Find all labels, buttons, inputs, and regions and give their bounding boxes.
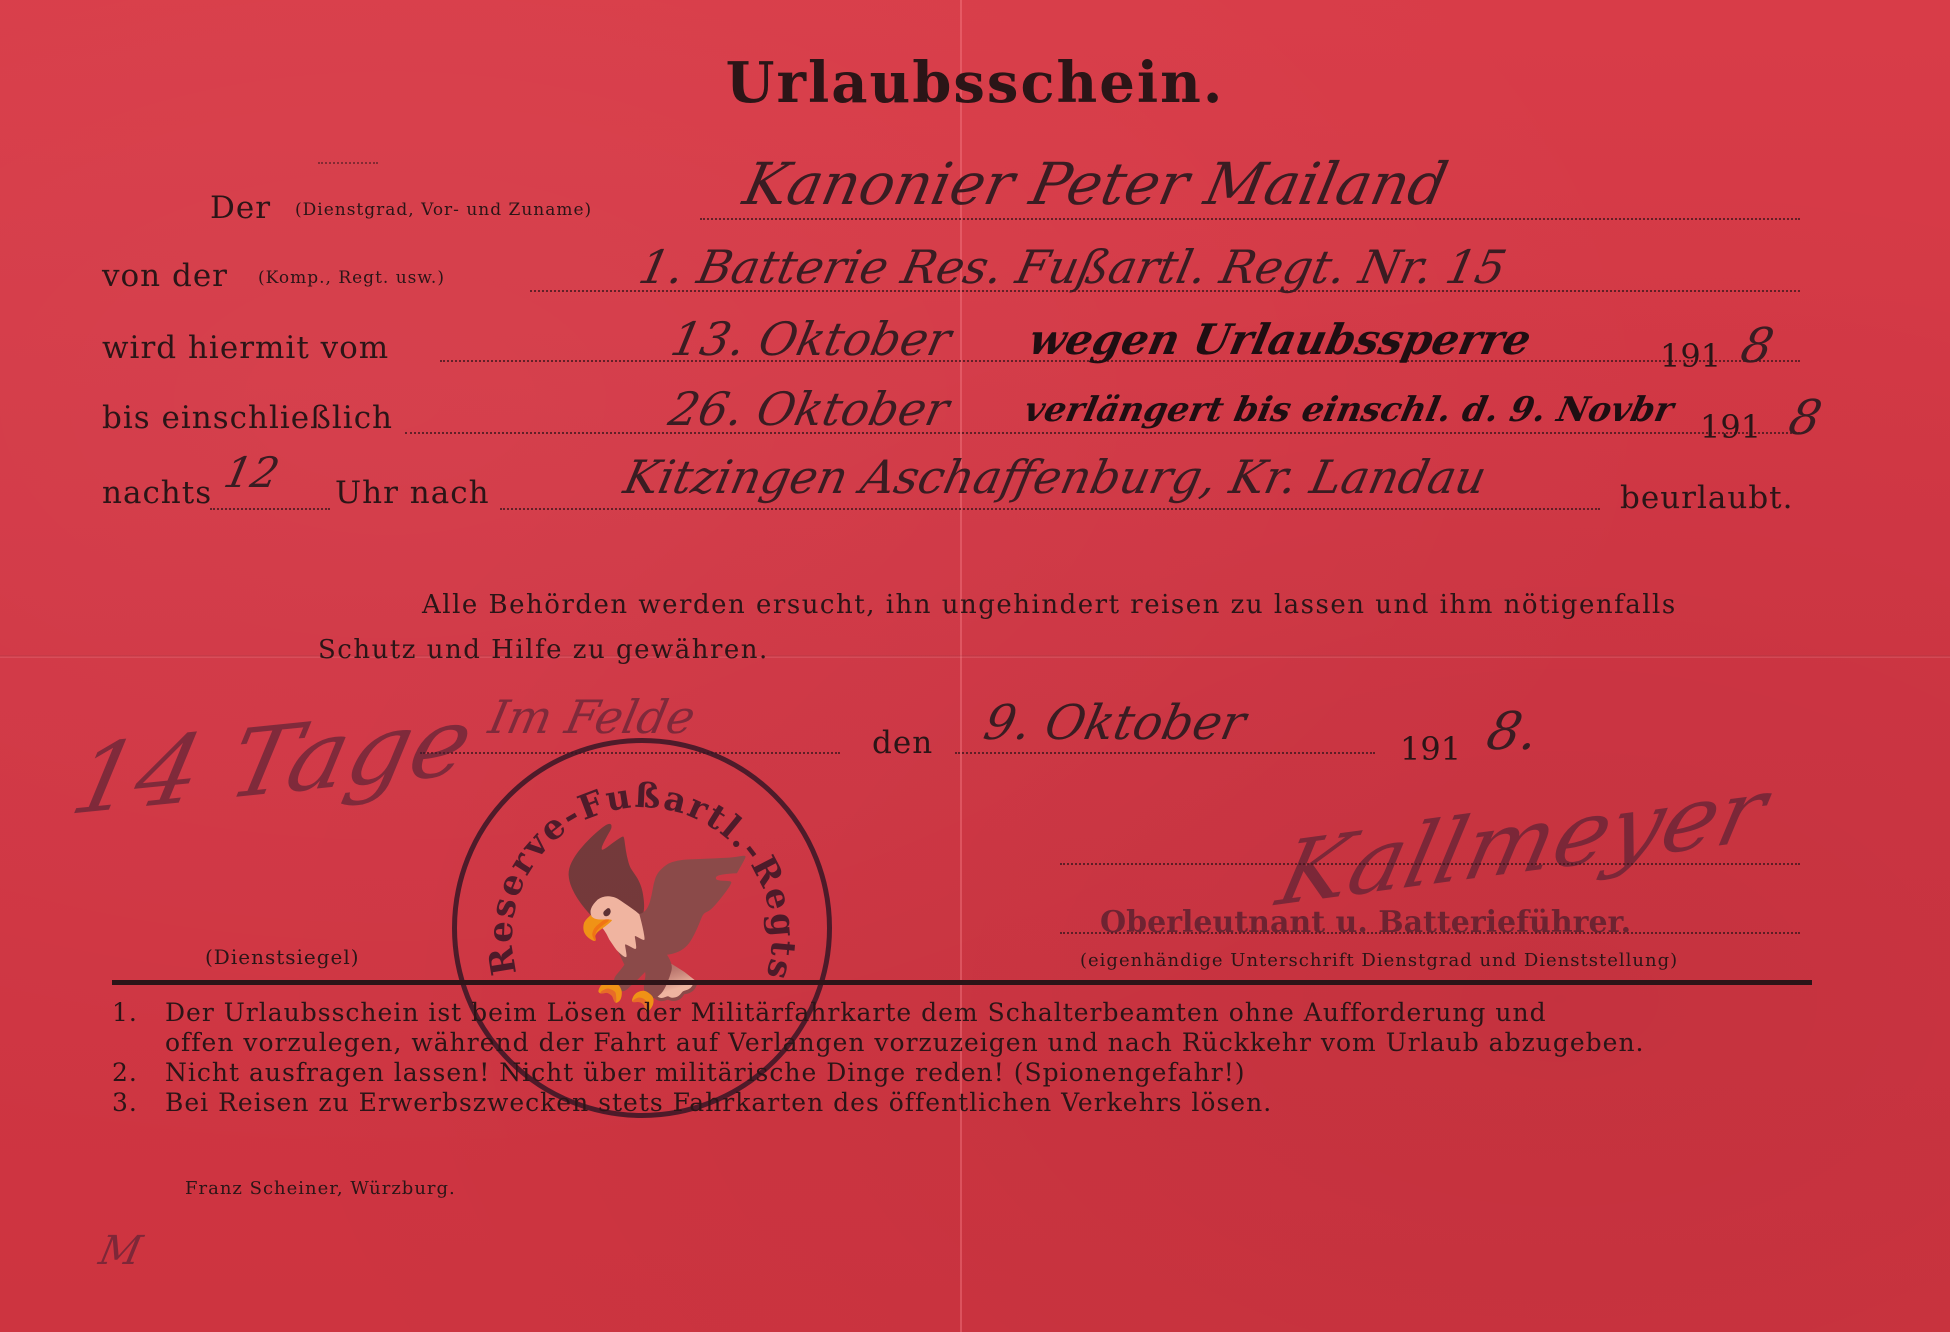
hour-line: [210, 508, 330, 510]
hour-value[interactable]: 12: [220, 448, 284, 497]
from-extra-note[interactable]: wegen Urlaubssperre: [1025, 315, 1536, 364]
printer-imprint: Franz Scheiner, Würzburg.: [185, 1178, 456, 1199]
note-text: Der Urlaubsschein ist beim Lösen der Mil…: [165, 998, 1547, 1027]
from-date-value[interactable]: 13. Oktober: [666, 312, 956, 366]
title-ornament: [318, 162, 378, 164]
name-label: Der: [210, 190, 271, 226]
request-text-line2: Schutz und Hilfe zu gewähren.: [318, 635, 769, 665]
issue-year-suffix[interactable]: 8.: [1482, 702, 1544, 762]
request-text-line1: Alle Behörden werden ersucht, ihn ungehi…: [422, 590, 1677, 620]
name-hint: (Dienstgrad, Vor- und Zuname): [295, 200, 592, 220]
eagle-emblem-icon: 🦅: [552, 833, 764, 1003]
signature-scrawl[interactable]: Kallmeyer: [1269, 758, 1775, 927]
until-line: [405, 432, 1800, 434]
signature-hint: (eigenhändige Unterschrift Dienstgrad un…: [1080, 950, 1678, 971]
name-value[interactable]: Kanonier Peter Mailand: [738, 150, 1454, 218]
horizontal-fold-crease: [0, 655, 1950, 658]
leave-pass-document: Urlaubsschein. Der (Dienstgrad, Vor- und…: [0, 0, 1950, 1332]
date-label: den: [872, 725, 933, 761]
note-number: 3.: [112, 1088, 138, 1117]
from-year-suffix[interactable]: 8: [1736, 318, 1778, 374]
unit-value[interactable]: 1. Batterie Res. Fußartl. Regt. Nr. 15: [634, 240, 1511, 294]
name-line: [700, 218, 1800, 220]
night-label: nachts: [102, 475, 212, 511]
note-text: Bei Reisen zu Erwerbszwecken stets Fahrk…: [165, 1088, 1272, 1117]
destination-value[interactable]: Kitzingen Aschaffenburg, Kr. Landau: [619, 450, 1491, 504]
margin-pencil-note: 14 Tage: [62, 685, 482, 837]
note-text: offen vorzulegen, während der Fahrt auf …: [165, 1028, 1645, 1057]
until-extra-note[interactable]: verlängert bis einschl. d. 9. Novbr: [1021, 390, 1677, 430]
until-year-suffix[interactable]: 8: [1784, 390, 1826, 446]
unit-hint: (Komp., Regt. usw.): [258, 268, 445, 288]
note-text: Nicht ausfragen lassen! Nicht über milit…: [165, 1058, 1246, 1087]
hour-label: Uhr nach: [335, 475, 490, 511]
granted-leave-label: beurlaubt.: [1620, 480, 1794, 516]
note-number: 1.: [112, 998, 138, 1027]
divider-rule: [112, 980, 1812, 985]
seal-label: (Dienstsiegel): [205, 945, 360, 969]
until-label: bis einschließlich: [102, 400, 393, 436]
issue-year-prefix: 191: [1400, 730, 1461, 768]
signature-line: [1060, 863, 1800, 865]
until-date-value[interactable]: 26. Oktober: [664, 382, 954, 436]
signature-title-stamp: Oberleutnant u. Batterieführer.: [1100, 905, 1631, 940]
issue-date-line: [955, 752, 1375, 754]
note-number: 2.: [112, 1058, 138, 1087]
corner-pencil-mark: M: [95, 1228, 146, 1274]
from-year-prefix: 191: [1660, 337, 1721, 375]
issue-date-value[interactable]: 9. Oktober: [979, 695, 1251, 751]
from-label: wird hiermit vom: [102, 330, 389, 366]
unit-label: von der: [102, 258, 228, 294]
until-year-prefix: 191: [1700, 408, 1761, 446]
issue-place-value[interactable]: Im Felde: [484, 690, 700, 744]
destination-line: [500, 508, 1600, 510]
document-title: Urlaubsschein.: [0, 50, 1950, 116]
